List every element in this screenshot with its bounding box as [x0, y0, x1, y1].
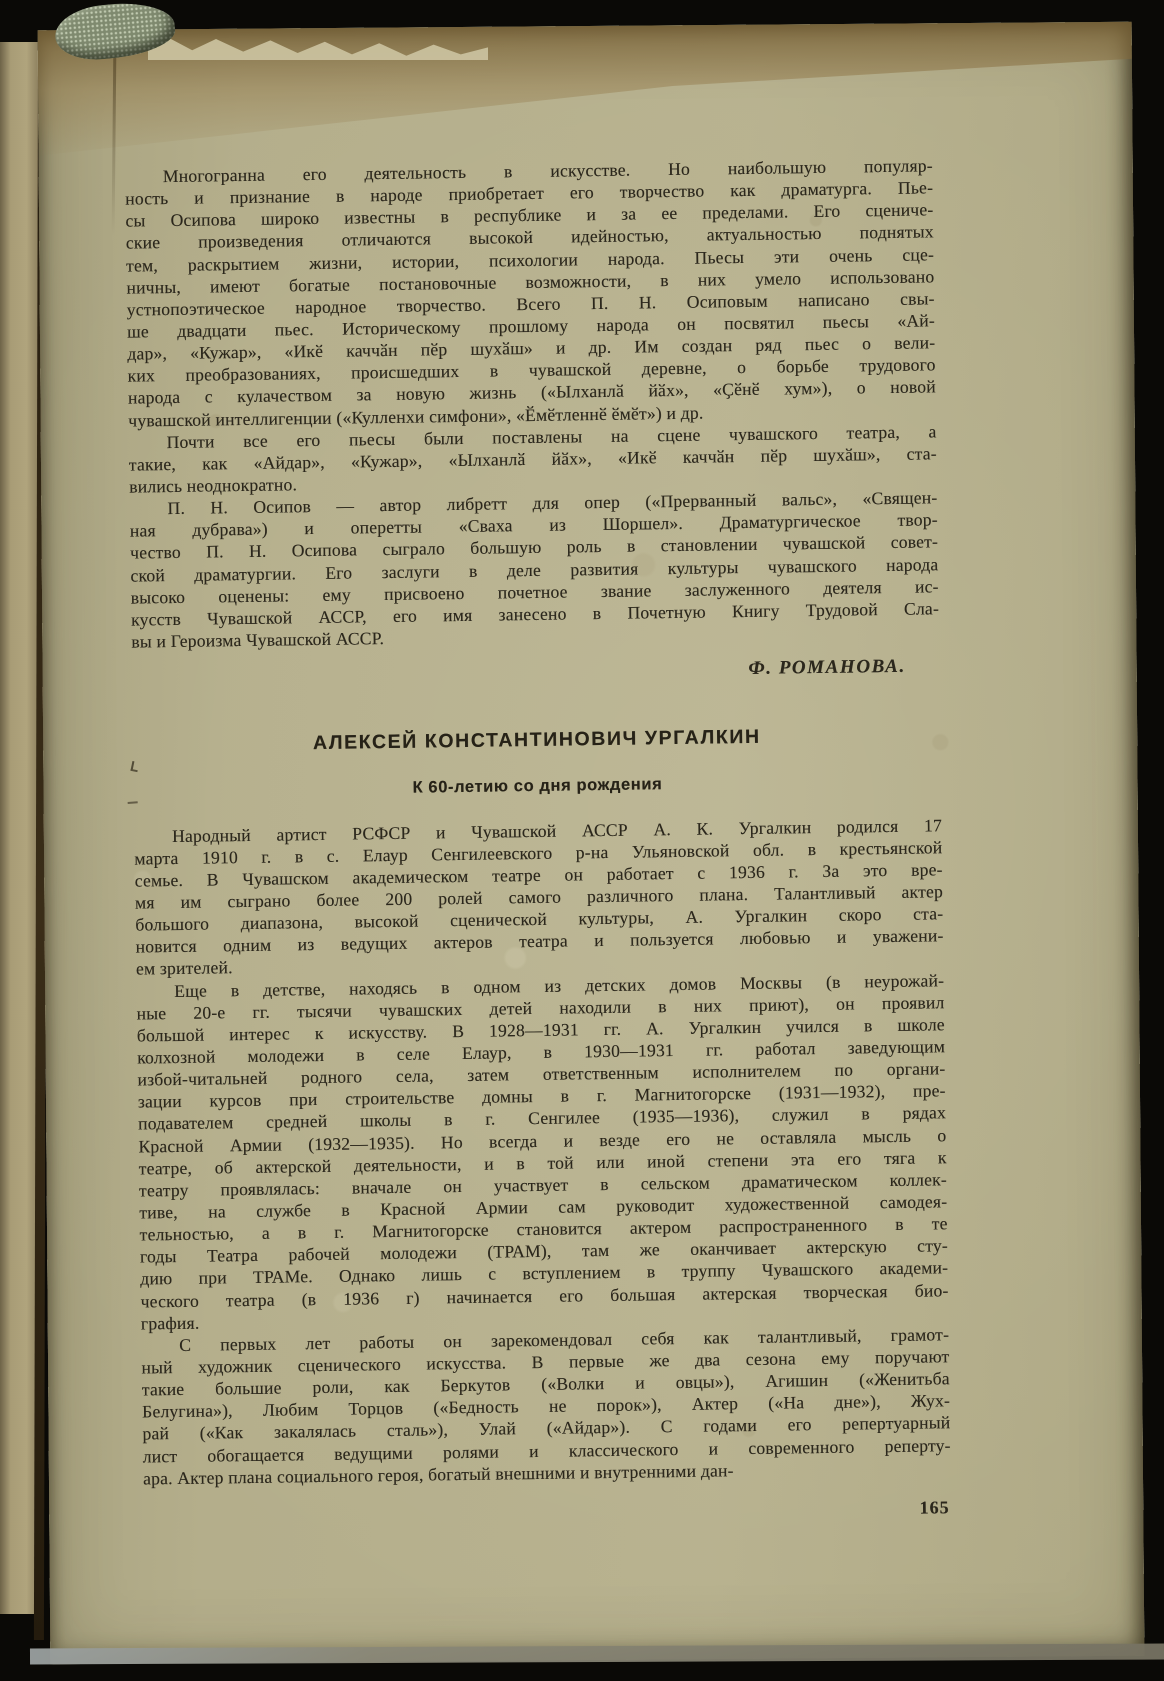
previous-page-edge [0, 42, 38, 1614]
photo-backdrop: { "page_number": "165", "colors": { "pap… [0, 0, 1164, 1681]
paragraph: Народный артист РСФСР и Чувашской АССР А… [134, 814, 944, 980]
article-osipov-section: Многогранна его деятельность в искусстве… [125, 154, 940, 688]
page-crease [112, 46, 117, 236]
author-signature: Ф. РОМАНОВА. [132, 656, 906, 689]
book-page: Многогранна его деятельность в искусстве… [38, 22, 1145, 1665]
page-text: Многогранна его деятельность в искусстве… [125, 154, 952, 1529]
paragraph: С первых лет работы он зарекомендовал се… [141, 1323, 951, 1489]
paragraph: Почти все его пьесы были поставлены на с… [128, 420, 937, 498]
article-subtitle: К 60-летию со дня рождения [133, 770, 941, 803]
paragraph: Многогранна его деятельность в искусстве… [125, 154, 937, 431]
page-number: 165 [143, 1496, 951, 1529]
article-urgalkin-section: АЛЕКСЕЙ КОНСТАНТИНОВИЧ УРГАЛКИН К 60-лет… [133, 724, 951, 1490]
paragraph: П. Н. Осипов — автор либретт для опер («… [129, 486, 939, 652]
article-title: АЛЕКСЕЙ КОНСТАНТИНОВИЧ УРГАЛКИН [133, 724, 941, 757]
paragraph: Еще в детстве, находясь в одном из детск… [136, 969, 949, 1334]
